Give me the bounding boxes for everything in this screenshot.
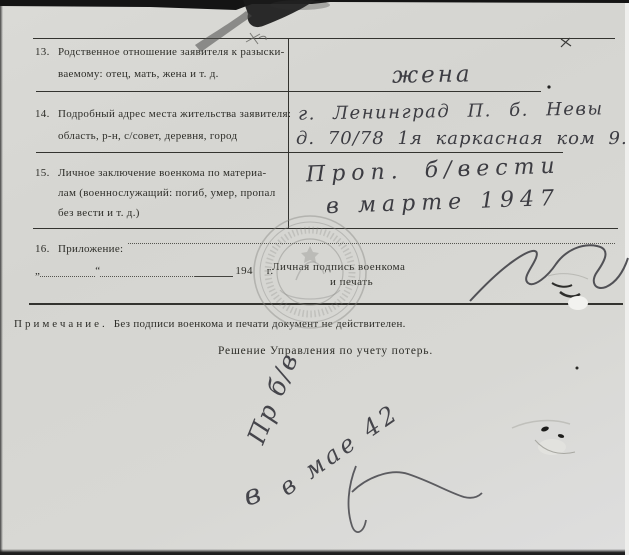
ink-smear [195,0,330,52]
table-line-top [33,38,615,39]
item-13-label-line2: ваемому: отец, мать, жена и т. д. [58,68,219,80]
decision-heading: Решение Управления по учету потерь. [218,345,433,357]
date-solid-segment [195,266,233,277]
scan-edge-right [625,0,629,555]
item-15-label-line2: лам (военнослужащий: погиб, умер, пропал [58,187,276,199]
handwritten-answer-item15-line1: Проп. б/вести [306,154,561,188]
handwritten-decision-line2: в мае 42 [274,398,405,501]
ink-speck [547,85,550,88]
scan-edge-top [0,0,629,10]
decision-signature-flourish [349,466,482,532]
handwritten-answer-item13: жена [392,61,473,88]
item-13-label-line1: Родственное отношение заявителя к разыск… [58,46,285,58]
item-15-label-line3: без вести и т. д.) [58,207,140,219]
handwritten-answer-item14-line2: д. 70/78 1я каркасная ком 9. [296,128,628,149]
paper-crease [512,421,575,455]
table-line-under-item16 [29,303,623,305]
scan-edge-left [0,0,3,555]
signature-caption-line2: и печать [330,276,373,288]
table-line-under-item14 [36,152,563,153]
date-line: „ “ 194 г. [35,265,273,277]
year-prefix: 194 [235,265,252,277]
ink-speck [576,367,579,370]
table-column-divider [288,38,289,228]
item-16-number: 16. [35,243,50,255]
voenkom-signature [470,245,628,301]
date-dotted-segment [40,266,95,277]
handwritten-decision-line1: Пр б/в [242,348,305,448]
date-dotted-segment [100,266,195,277]
item-14-label-line2: область, р-н, с/совет, деревня, город [58,130,237,142]
cross-mark [561,38,571,47]
item-14-number: 14. [35,108,50,120]
item-13-number: 13. [35,46,50,58]
handwritten-answer-item15-line2: в марте 1947 [326,186,561,219]
scan-edge-bottom [0,549,629,555]
handwritten-decision-line3: в [240,476,264,512]
signature-caption-line1: Личная подпись военкома [272,261,405,273]
note-line: Примечание.Без подписи военкома и печати… [14,318,406,330]
item-16-dotted-leader [128,232,615,244]
item-15-number: 15. [35,167,50,179]
handwritten-answer-item14-line1: г. Ленинград П. б. Невы [298,98,604,124]
item-15-label-line1: Личное заключение военкома по материа- [58,167,266,179]
item-14-label-line1: Подробный адрес места жительства заявите… [58,108,291,120]
item-16-label: Приложение: [58,243,123,255]
note-text: Без подписи военкома и печати документ н… [114,318,406,330]
table-line-under-item15 [33,228,618,229]
scanned-form-page: 13. Родственное отношение заявителя к ра… [0,0,629,555]
note-label: Примечание. [14,318,108,330]
